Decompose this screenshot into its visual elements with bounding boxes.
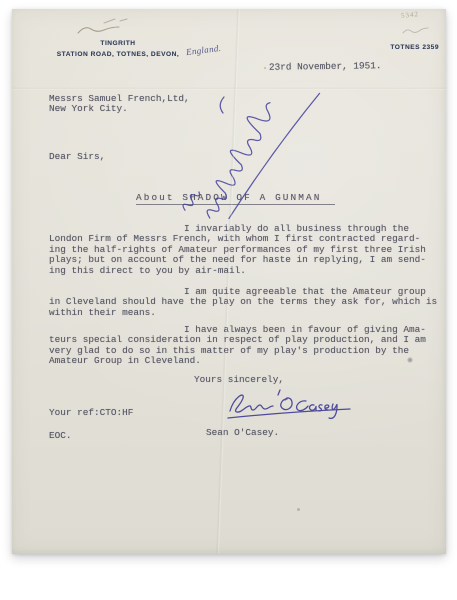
letter-page: 5342 TINGRITH STATION ROAD, TOTNES, DEVO…: [12, 9, 446, 554]
body-paragraph: I have always been in favour of giving A…: [49, 325, 426, 367]
reference-line: Your ref:CTO:HF: [49, 408, 133, 418]
signature-ink: [224, 387, 354, 423]
initials-line: EOC.: [49, 431, 72, 441]
letterhead-phone: TOTNES 2359: [390, 44, 439, 51]
typed-signature: Sean O'Casey.: [206, 428, 279, 438]
closing-line: Yours sincerely,: [194, 375, 284, 385]
salutation: Dear Sirs,: [49, 152, 105, 162]
paper-speck: [297, 508, 300, 511]
ink-smudge: [407, 357, 413, 363]
scanned-letter-backdrop: 5342 TINGRITH STATION ROAD, TOTNES, DEVO…: [0, 0, 457, 600]
body-paragraph: I am quite agreeable that the Amateur gr…: [49, 287, 437, 318]
pencil-note-squiggle: [397, 21, 437, 37]
letterhead-house-name: TINGRITH: [45, 38, 191, 49]
pencil-scribble: [74, 13, 142, 41]
pencil-number: 5342: [401, 10, 420, 20]
ink-annotation: [152, 49, 352, 244]
paper-speck: [264, 67, 266, 69]
